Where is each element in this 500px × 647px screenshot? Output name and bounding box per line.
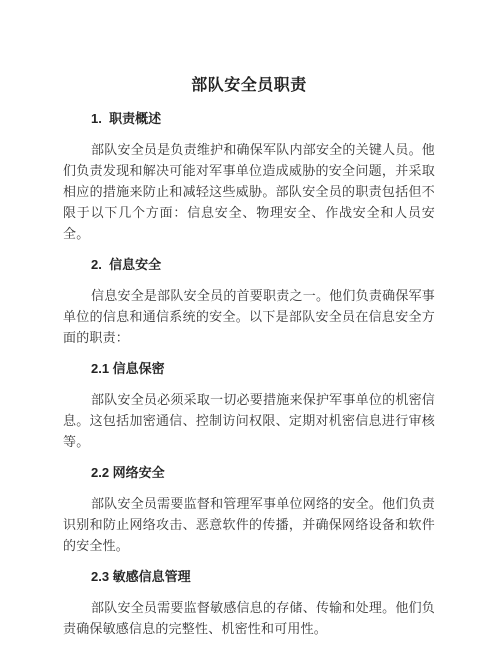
document-section: 2.2 网络安全部队安全员需要监督和管理军事单位网络的安全。他们负责识别和防止网… (63, 462, 435, 556)
section-paragraph: 部队安全员需要监督敏感信息的存储、传输和处理。他们负责确保敏感信息的完整性、机密… (63, 597, 435, 639)
document-section: 2. 信息安全信息安全是部队安全员的首要职责之一。他们负责确保军事单位的信息和通… (63, 254, 435, 348)
document-section: 2.1 信息保密部队安全员必须采取一切必要措施来保护军事单位的机密信息。这包括加… (63, 358, 435, 452)
section-paragraph: 部队安全员需要监督和管理军事单位网络的安全。他们负责识别和防止网络攻击、恶意软件… (63, 493, 435, 556)
section-paragraph: 部队安全员是负责维护和确保军队内部安全的关键人员。他们负责发现和解决可能对军事单… (63, 139, 435, 244)
document-title: 部队安全员职责 (63, 74, 435, 98)
section-paragraph: 信息安全是部队安全员的首要职责之一。他们负责确保军事单位的信息和通信系统的安全。… (63, 285, 435, 348)
document-section: 1. 职责概述部队安全员是负责维护和确保军队内部安全的关键人员。他们负责发现和解… (63, 108, 435, 244)
section-heading: 2.1 信息保密 (63, 358, 435, 379)
section-heading: 2. 信息安全 (63, 254, 435, 275)
section-heading: 1. 职责概述 (63, 108, 435, 129)
document-page: 部队安全员职责 1. 职责概述部队安全员是负责维护和确保军队内部安全的关键人员。… (0, 0, 500, 647)
document-sections: 1. 职责概述部队安全员是负责维护和确保军队内部安全的关键人员。他们负责发现和解… (63, 108, 435, 639)
section-heading: 2.3 敏感信息管理 (63, 566, 435, 587)
section-paragraph: 部队安全员必须采取一切必要措施来保护军事单位的机密信息。这包括加密通信、控制访问… (63, 389, 435, 452)
document-section: 2.3 敏感信息管理部队安全员需要监督敏感信息的存储、传输和处理。他们负责确保敏… (63, 566, 435, 639)
section-heading: 2.2 网络安全 (63, 462, 435, 483)
